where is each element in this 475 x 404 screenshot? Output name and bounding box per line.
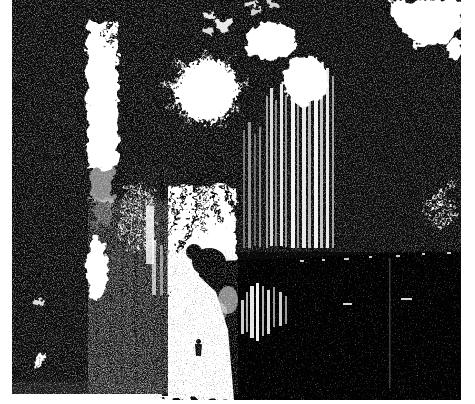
- halftone-photo-figure: Avenue of palms: a bright sunlit walk re…: [0, 0, 475, 404]
- grain-roof: [236, 252, 461, 400]
- grain-path-dark: [150, 250, 240, 400]
- page: Avenue of palms: a bright sunlit walk re…: [0, 0, 475, 404]
- halftone-photo-svg: Avenue of palms: a bright sunlit walk re…: [0, 0, 475, 404]
- bottom-left-margin: [0, 394, 162, 404]
- grain-upper-right: [238, 0, 461, 252]
